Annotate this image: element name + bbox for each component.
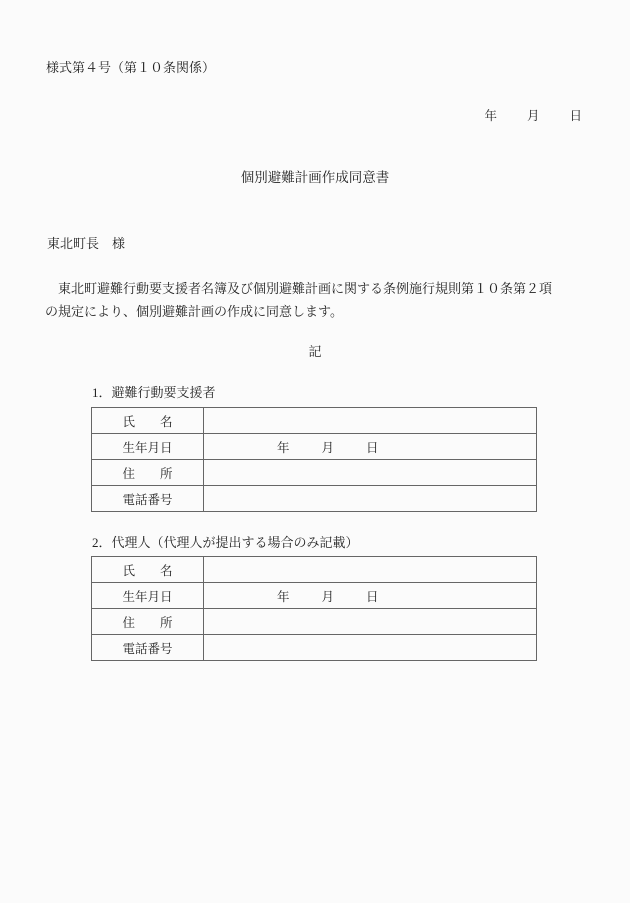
issue-date-month-label: 月 [527, 108, 540, 126]
person-address-row: 住 所 [92, 459, 536, 485]
agent-address-label: 住 所 [92, 609, 204, 634]
agent-name-value-cell [204, 557, 536, 582]
issue-date-year-label: 年 [484, 108, 497, 126]
body-paragraph-line-2: の規定により、個別避難計画の作成に同意します。 [45, 300, 552, 323]
person-birthdate-row: 生年月日 年 月 日 [92, 433, 536, 459]
section-1-heading: 1．避難行動要支援者 [92, 385, 216, 402]
person-phone-value-cell [204, 486, 536, 511]
agent-address-row: 住 所 [92, 608, 536, 634]
person-phone-label: 電話番号 [92, 486, 204, 511]
agent-birthdate-row: 生年月日 年 月 日 [92, 582, 536, 608]
person-name-row: 氏 名 [92, 408, 536, 433]
agent-birthdate-label: 生年月日 [92, 583, 204, 608]
agent-phone-value-cell [204, 635, 536, 660]
person-birthdate-label: 生年月日 [92, 434, 204, 459]
issue-date-day-label: 日 [569, 108, 582, 126]
person-name-label: 氏 名 [92, 408, 204, 433]
agent-phone-label: 電話番号 [92, 635, 204, 660]
person-birth-month-label: 月 [322, 438, 335, 456]
body-paragraph: 東北町避難行動要支援者名簿及び個別避難計画に関する条例施行規則第１０条第２項 の… [45, 277, 552, 323]
agent-birth-day-label: 日 [366, 587, 379, 605]
person-table: 氏 名 生年月日 年 月 日 住 所 電話番号 [91, 407, 537, 512]
consent-form-document: 様式第４号（第１０条関係） 年 月 日 個別避難計画作成同意書 東北町長 様 東… [0, 0, 630, 903]
body-paragraph-line-1: 東北町避難行動要支援者名簿及び個別避難計画に関する条例施行規則第１０条第２項 [45, 277, 552, 300]
addressee-line: 東北町長 様 [47, 236, 125, 253]
list-marker: 記 [0, 344, 630, 361]
person-address-label: 住 所 [92, 460, 204, 485]
agent-birth-year-label: 年 [277, 587, 290, 605]
agent-birthdate-value-cell: 年 月 日 [204, 583, 536, 608]
agent-birth-month-label: 月 [322, 587, 335, 605]
agent-address-value-cell [204, 609, 536, 634]
person-birth-day-label: 日 [366, 438, 379, 456]
agent-phone-row: 電話番号 [92, 634, 536, 660]
person-address-value-cell [204, 460, 536, 485]
person-birthdate-value-cell: 年 月 日 [204, 434, 536, 459]
issue-date-line: 年 月 日 [0, 108, 630, 126]
person-name-value-cell [204, 408, 536, 433]
person-birth-year-label: 年 [277, 438, 290, 456]
document-title: 個別避難計画作成同意書 [0, 169, 630, 187]
person-phone-row: 電話番号 [92, 485, 536, 511]
agent-name-label: 氏 名 [92, 557, 204, 582]
agent-table: 氏 名 生年月日 年 月 日 住 所 電話番号 [91, 556, 537, 661]
agent-name-row: 氏 名 [92, 557, 536, 582]
form-number-label: 様式第４号（第１０条関係） [46, 60, 215, 77]
section-2-heading: 2．代理人（代理人が提出する場合のみ記載） [92, 535, 359, 552]
